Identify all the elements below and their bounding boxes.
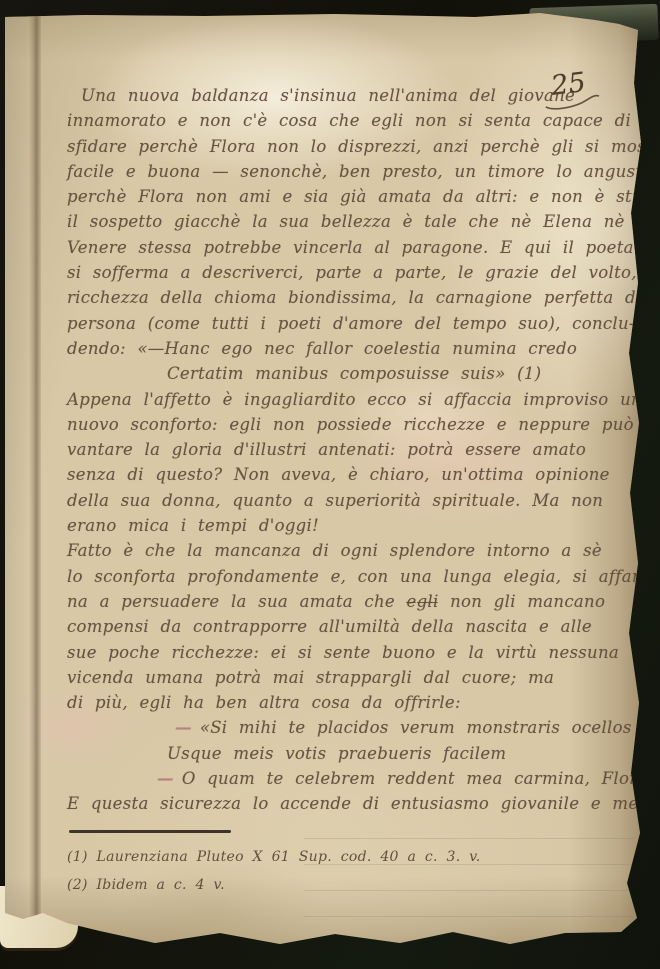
manuscript-line: Appena l'affetto è ingagliardito ecco si… [67,387,602,412]
line-text: erano mica i tempi d'oggi! [67,516,319,535]
line-text: Appena l'affetto è ingagliardito ecco si… [67,390,642,409]
manuscript-line: nuovo sconforto: egli non possiede ricch… [67,412,602,437]
line-text: E questa sicurezza lo accende di entusia… [67,794,660,813]
manuscript-line: dendo: «—Hanc ego nec fallor coelestia n… [67,336,602,361]
manuscript-line: persona (come tutti i poeti d'amore del … [67,311,602,336]
manuscript-line: Una nuova baldanza s'insinua nell'anima … [67,83,602,108]
line-text: nuovo sconforto: egli non possiede ricch… [67,415,634,434]
line-text: compensi da contrapporre all'umiltà dell… [67,617,592,636]
line-text: vicenda umana potrà mai strappargli dal … [67,668,554,687]
line-text: senza di questo? Non aveva, è chiaro, un… [67,465,610,484]
footnotes: (1) Laurenziana Pluteo X 61 Sup. cod. 40… [67,843,481,899]
line-text: vantare la gloria d'illustri antenati: p… [67,440,586,459]
manuscript-line: vicenda umana potrà mai strappargli dal … [67,665,602,690]
line-text: Usque meis votis praebueris facilem [167,744,506,763]
manuscript-line: facile e buona — senonchè, ben presto, u… [67,159,602,184]
footnote-separator [69,830,231,833]
manuscript-line: il sospetto giacchè la sua bellezza è ta… [67,209,602,234]
line-text: Venere stessa potrebbe vincerla al parag… [67,238,634,257]
manuscript-photo: 25 Una nuova baldanza s'insinua nell'ani… [0,0,660,969]
manuscript-line: erano mica i tempi d'oggi! [67,513,602,538]
manuscript-line: Venere stessa potrebbe vincerla al parag… [67,235,602,260]
line-text: sfidare perchè Flora non lo disprezzi, a… [67,137,660,156]
line-text: sue poche ricchezze: ei si sente buono e… [67,643,619,662]
line-text: di più, egli ha ben altra cosa da offrir… [67,693,461,712]
manuscript-line: ricchezza della chioma biondissima, la c… [67,285,602,310]
line-text: na a persuadere la sua amata che e̶g̶l̶i… [67,592,605,611]
manuscript-line: si sofferma a descriverci, parte a parte… [67,260,602,285]
manuscript-line: sfidare perchè Flora non lo disprezzi, a… [67,134,602,159]
line-text: O quam te celebrem reddent mea carmina, … [182,769,660,788]
line-text: «Si mihi te placidos verum monstraris oc… [200,718,632,737]
manuscript-line: —«Si mihi te placidos verum monstraris o… [67,715,602,740]
line-text: Certatim manibus composuisse suis» (1) [167,364,541,383]
manuscript-line: di più, egli ha ben altra cosa da offrir… [67,690,602,715]
manuscript-line: lo sconforta profondamente e, con una lu… [67,564,602,589]
line-text: si sofferma a descriverci, parte a parte… [67,263,660,282]
manuscript-line: innamorato e non c'è cosa che egli non s… [67,108,602,133]
line-text: Fatto è che la mancanza di ogni splendor… [67,541,602,560]
line-text: innamorato e non c'è cosa che egli non s… [67,111,631,130]
line-text: ricchezza della chioma biondissima, la c… [67,288,660,307]
line-text: dendo: «—Hanc ego nec fallor coelestia n… [67,339,577,358]
line-text: Una nuova baldanza s'insinua nell'anima … [81,86,575,105]
verse-dash-mark: — [157,769,182,788]
manuscript-line: perchè Flora non ami e sia già amata da … [67,184,602,209]
body-text: Una nuova baldanza s'insinua nell'anima … [5,13,646,951]
verse-dash-mark: — [175,718,200,737]
manuscript-line: della sua donna, quanto a superiorità sp… [67,488,602,513]
manuscript-page: 25 Una nuova baldanza s'insinua nell'ani… [5,13,646,951]
line-text: perchè Flora non ami e sia già amata da … [67,187,660,206]
manuscript-line: na a persuadere la sua amata che e̶g̶l̶i… [67,589,602,614]
line-text: il sospetto giacchè la sua bellezza è ta… [67,212,625,231]
manuscript-line: sue poche ricchezze: ei si sente buono e… [67,640,602,665]
manuscript-line: E questa sicurezza lo accende di entusia… [67,791,602,816]
manuscript-line: vantare la gloria d'illustri antenati: p… [67,437,602,462]
manuscript-line: senza di questo? Non aveva, è chiaro, un… [67,462,602,487]
line-text: lo sconforta profondamente e, con una lu… [67,567,649,586]
footnote-line: (2) Ibidem a c. 4 v. [67,871,481,899]
manuscript-line: Certatim manibus composuisse suis» (1) [67,361,602,386]
manuscript-line: compensi da contrapporre all'umiltà dell… [67,614,602,639]
footnote-line: (1) Laurenziana Pluteo X 61 Sup. cod. 40… [67,843,481,871]
manuscript-line: Usque meis votis praebueris facilem [67,741,602,766]
manuscript-line: —O quam te celebrem reddent mea carmina,… [67,766,602,791]
line-text: persona (come tutti i poeti d'amore del … [67,314,635,333]
manuscript-line: Fatto è che la mancanza di ogni splendor… [67,538,602,563]
line-text: facile e buona — senonchè, ben presto, u… [67,162,660,181]
line-text: della sua donna, quanto a superiorità sp… [67,491,603,510]
